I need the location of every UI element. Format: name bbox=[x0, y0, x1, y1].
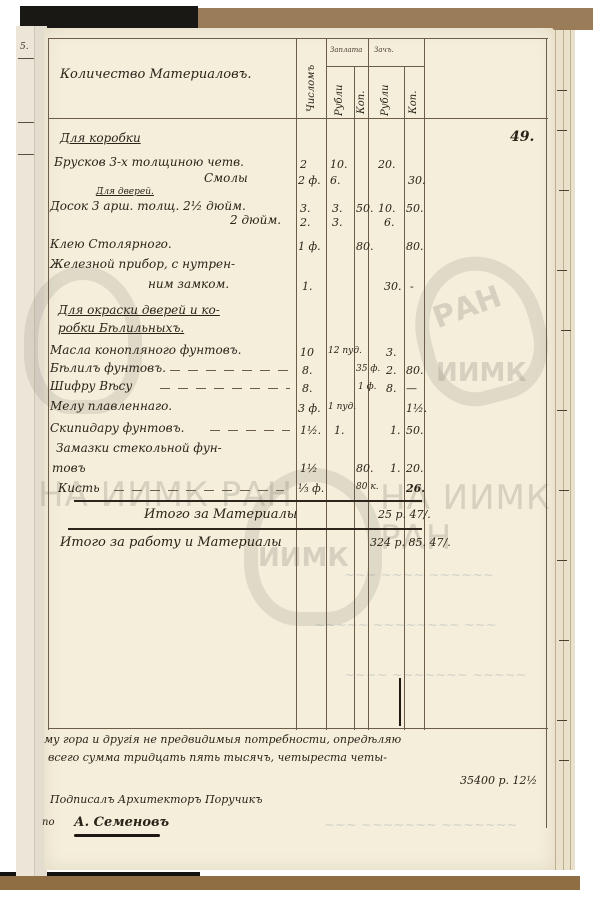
row-label: Скипидару фунтовъ. bbox=[50, 422, 184, 434]
leader-dashes bbox=[210, 430, 290, 431]
watermark-logo-text: ИИМК bbox=[436, 358, 527, 388]
row-label: Железной прибор, с нутрен- bbox=[50, 258, 235, 270]
cell-total-rub: 1. bbox=[390, 424, 401, 437]
leader-dashes bbox=[160, 388, 290, 389]
total-all-label: Итого за работу и Материалы bbox=[60, 536, 282, 549]
cell-total-rub: 1. bbox=[390, 462, 401, 475]
header-price-label: Заплата bbox=[330, 46, 362, 54]
cell-total-kop: - bbox=[410, 280, 414, 293]
header-total-kop: Коп. bbox=[408, 76, 419, 114]
scan-background-bottom bbox=[0, 876, 580, 890]
cell-price-rub: 3. bbox=[332, 216, 343, 229]
cell-price-rub: 3. bbox=[332, 202, 343, 215]
header-price-kop: Коп. bbox=[356, 76, 367, 114]
edge-mark bbox=[561, 330, 571, 331]
row-label: Брусков 3-х толщиною четв. bbox=[54, 156, 244, 168]
ledger-page: ~~~ ~~~~ ~~~~~~ ~~~~~ ~~~~~~~~ ~~~ ~~~~ … bbox=[44, 28, 554, 870]
totals-rule bbox=[68, 528, 422, 530]
footer-line-2: всего сумма тридцать пять тысячъ, четыре… bbox=[48, 752, 387, 763]
footer-line-1: му гора и другія не предвидимыя потребно… bbox=[44, 734, 401, 745]
cell-price-rub: 1 пуд. bbox=[328, 402, 356, 412]
cell-total-rub: 2. bbox=[386, 364, 397, 377]
row-label: ним замком. bbox=[148, 278, 229, 290]
cell-total-kop: 80. bbox=[406, 240, 424, 253]
cell-price-rub: 12 пуд. bbox=[328, 346, 362, 356]
cell-qty: 8. bbox=[302, 364, 313, 377]
row-label: Замазки стекольной фун- bbox=[56, 442, 222, 454]
header-sub-rule bbox=[326, 66, 424, 67]
table-bottom-rule bbox=[48, 728, 548, 729]
row-label: товъ bbox=[52, 462, 86, 474]
row-label: Шифру Вѣсу bbox=[50, 380, 132, 392]
table-top-rule bbox=[48, 38, 548, 39]
cell-total-kop: 26. bbox=[406, 482, 425, 495]
header-total-rub: Рубли bbox=[380, 72, 391, 116]
row-label: Масла конопляного фунтовъ. bbox=[50, 344, 242, 356]
cell-qty: 3 ф. bbox=[298, 402, 321, 415]
cell-qty: 2 bbox=[300, 158, 307, 171]
cell-price-kop: 50. bbox=[356, 202, 374, 215]
signed-by: Подписалъ Архитекторъ Поручикъ bbox=[50, 794, 262, 805]
scan-background-top-dark bbox=[20, 6, 198, 28]
cell-qty: 10 bbox=[300, 346, 314, 359]
signature-underline bbox=[74, 834, 160, 837]
edge-mark bbox=[559, 640, 569, 641]
edge-mark bbox=[557, 720, 567, 721]
section-heading: робки Бѣлильныхъ. bbox=[58, 322, 184, 334]
col-rule-price-kop bbox=[354, 66, 355, 730]
cell-total-kop: 50. bbox=[406, 424, 424, 437]
header-quantity: Числомъ bbox=[306, 46, 317, 112]
edge-mark bbox=[559, 760, 569, 761]
row-label: 2 дюйм. bbox=[230, 214, 281, 226]
cell-total-kop: — bbox=[406, 382, 417, 395]
left-border bbox=[48, 38, 49, 730]
section-heading: Для окраски дверей и ко- bbox=[58, 304, 220, 316]
cell-total-kop: 20. bbox=[406, 462, 424, 475]
leader-dashes bbox=[114, 490, 284, 491]
cell-total-rub: 30. bbox=[384, 280, 402, 293]
edge-mark bbox=[557, 560, 567, 561]
cell-price-kop: 80 к. bbox=[356, 482, 379, 492]
edge-mark bbox=[557, 410, 567, 411]
cell-total-kop: 50. bbox=[406, 202, 424, 215]
total-materials-value: 25 р. 47/. bbox=[378, 508, 431, 521]
edge-line bbox=[570, 30, 571, 870]
cell-total-rub: 20. bbox=[378, 158, 396, 171]
row-label: Кисть bbox=[58, 482, 100, 494]
cell-qty: 1 ф. bbox=[298, 240, 321, 253]
totals-rule bbox=[74, 500, 422, 502]
edge-mark bbox=[559, 190, 569, 191]
cell-total-rub: 6. bbox=[384, 216, 395, 229]
cell-total-rub: 3. bbox=[386, 346, 397, 359]
col-rule-price-rub bbox=[326, 38, 327, 730]
bleed-through-text: ~~~ ~~~~~~~ ~~~~~~~ bbox=[324, 818, 517, 833]
cell-price-kop: 80. bbox=[356, 240, 374, 253]
cell-total-kop: 30. bbox=[408, 174, 426, 187]
right-border bbox=[546, 38, 547, 828]
cell-total-kop: 80. bbox=[406, 364, 424, 377]
edge-line bbox=[555, 30, 556, 870]
row-label: Бѣлилъ фунтовъ. bbox=[50, 362, 166, 374]
cell-price-rub: 10. bbox=[330, 158, 348, 171]
col-rule-end bbox=[424, 38, 425, 730]
cell-price-rub: 1. bbox=[334, 424, 345, 437]
cell-qty: 2 ф. bbox=[298, 174, 321, 187]
cell-qty: 1. bbox=[302, 280, 313, 293]
cell-total-rub: 10. bbox=[378, 202, 396, 215]
cell-total-rub: 8. bbox=[386, 382, 397, 395]
cell-price-kop: 35 ф. bbox=[356, 364, 380, 374]
previous-page-mark: 5. bbox=[20, 42, 29, 52]
row-label: Досок 3 арш. толщ. 2½ дюйм. bbox=[50, 200, 246, 212]
header-bottom-rule bbox=[48, 118, 548, 119]
cell-price-kop: 80. bbox=[356, 462, 374, 475]
header-total-label: Зачъ. bbox=[374, 46, 394, 54]
bleed-through-text: ~~~~ ~~~~~~~ ~~~~~ bbox=[344, 668, 527, 683]
cell-qty: 3. bbox=[300, 202, 311, 215]
cell-qty: 8. bbox=[302, 382, 313, 395]
edge-line bbox=[563, 30, 564, 870]
row-label: Смолы bbox=[204, 172, 248, 184]
col-rule-qty bbox=[296, 38, 297, 730]
signature-prefix: по bbox=[42, 818, 54, 828]
cell-price-kop: 1 ф. bbox=[358, 382, 377, 392]
edge-mark bbox=[559, 490, 569, 491]
edge-mark bbox=[557, 90, 567, 91]
footer-amount: 35400 р. 12½ bbox=[460, 774, 537, 787]
edge-mark bbox=[557, 270, 567, 271]
cell-qty: 1½ bbox=[300, 462, 318, 475]
row-label: Клею Столярного. bbox=[50, 238, 172, 250]
row-label: Мелу плавленнаго. bbox=[50, 400, 172, 412]
cell-qty: ⅓ ф. bbox=[298, 482, 324, 495]
section-heading: Для дверей. bbox=[96, 188, 154, 197]
cell-qty: 2. bbox=[300, 216, 311, 229]
col-rule-total-kop bbox=[404, 66, 405, 730]
section-heading: Для коробки bbox=[60, 132, 141, 144]
ink-stroke bbox=[399, 678, 401, 726]
header-title: Количество Материаловъ. bbox=[60, 68, 251, 81]
header-price-rub: Рубли bbox=[334, 72, 345, 116]
cell-qty: 1½. bbox=[300, 424, 321, 437]
cell-total-kop: 1½. bbox=[406, 402, 427, 415]
edge-mark bbox=[557, 130, 567, 131]
page-number: 49. bbox=[510, 130, 534, 144]
leader-dashes bbox=[170, 370, 290, 371]
cell-price-rub: 6. bbox=[330, 174, 341, 187]
total-materials-label: Итого за Материалы bbox=[144, 508, 297, 521]
signature: А. Семеновъ bbox=[74, 816, 169, 829]
total-all-value: 324 р. 85. 47/. bbox=[370, 536, 451, 549]
